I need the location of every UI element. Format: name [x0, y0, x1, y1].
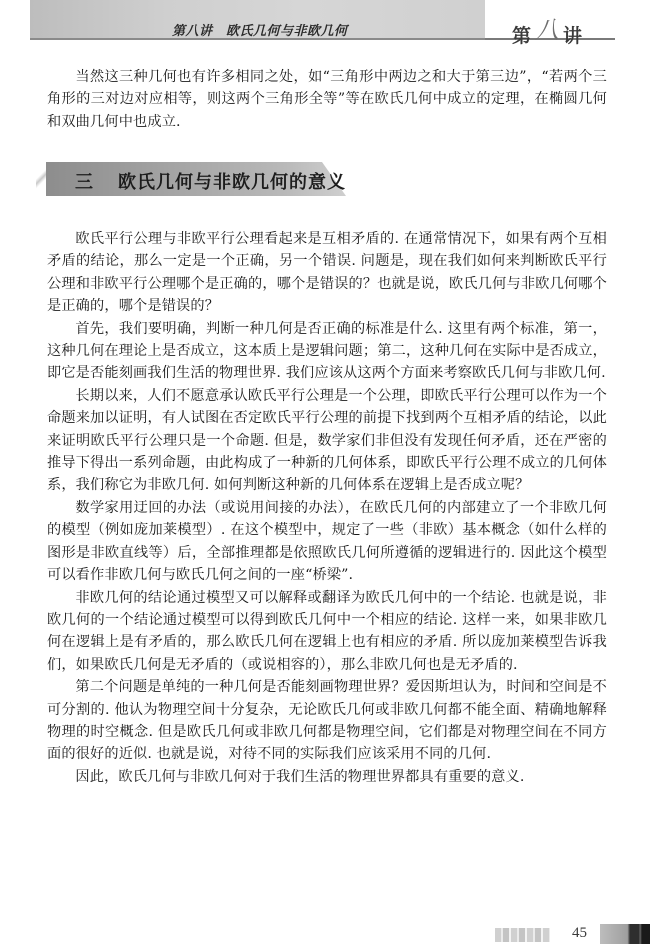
section-heading: 三欧氏几何与非欧几何的意义: [75, 168, 346, 194]
lecture-mark-prefix: 第: [512, 25, 535, 47]
paragraph: 第二个问题是单纯的一种几何是否能刻画物理世界？爱因斯坦认为，时间和空间是不可分割…: [47, 676, 607, 766]
paragraph: 欧氏平行公理与非欧平行公理看起来是互相矛盾的. 在通常情况下，如果有两个互相矛盾…: [47, 228, 607, 318]
paragraph: 因此，欧氏几何与非欧几何对于我们生活的物理世界都具有重要的意义.: [47, 766, 607, 788]
lecture-mark-suffix: 讲: [563, 25, 586, 47]
section-title: 欧氏几何与非欧几何的意义: [118, 172, 346, 193]
lecture-mark: 第八讲: [512, 14, 586, 49]
running-header-band: 第八讲 欧氏几何与非欧几何: [30, 0, 485, 40]
running-header-title: 第八讲 欧氏几何与非欧几何: [172, 20, 348, 39]
lecture-mark-number: 八: [535, 16, 563, 44]
intro-text: 当然这三种几何也有许多相同之处，如“三角形中两边之和大于第三边”，“若两个三角形…: [47, 66, 607, 133]
section-number: 三: [75, 172, 94, 193]
paragraph: 长期以来，人们不愿意承认欧氏平行公理是一个公理，即欧氏平行公理可以作为一个命题来…: [47, 385, 607, 497]
footer-decoration: [495, 928, 550, 942]
paragraph: 当然这三种几何也有许多相同之处，如“三角形中两边之和大于第三边”，“若两个三角形…: [47, 66, 607, 133]
page-number: 45: [572, 925, 587, 942]
paragraph: 首先，我们要明确，判断一种几何是否正确的标准是什么. 这里有两个标准，第一，这种…: [47, 318, 607, 385]
paragraph: 非欧几何的结论通过模型又可以解释或翻译为欧氏几何中的一个结论. 也就是说，非欧几…: [47, 587, 607, 677]
main-text: 欧氏平行公理与非欧平行公理看起来是互相矛盾的. 在通常情况下，如果有两个互相矛盾…: [47, 228, 607, 788]
paragraph: 数学家用迂回的办法（或说用间接的办法），在欧氏几何的内部建立了一个非欧几何的模型…: [47, 497, 607, 587]
footer-bar: [600, 924, 650, 944]
